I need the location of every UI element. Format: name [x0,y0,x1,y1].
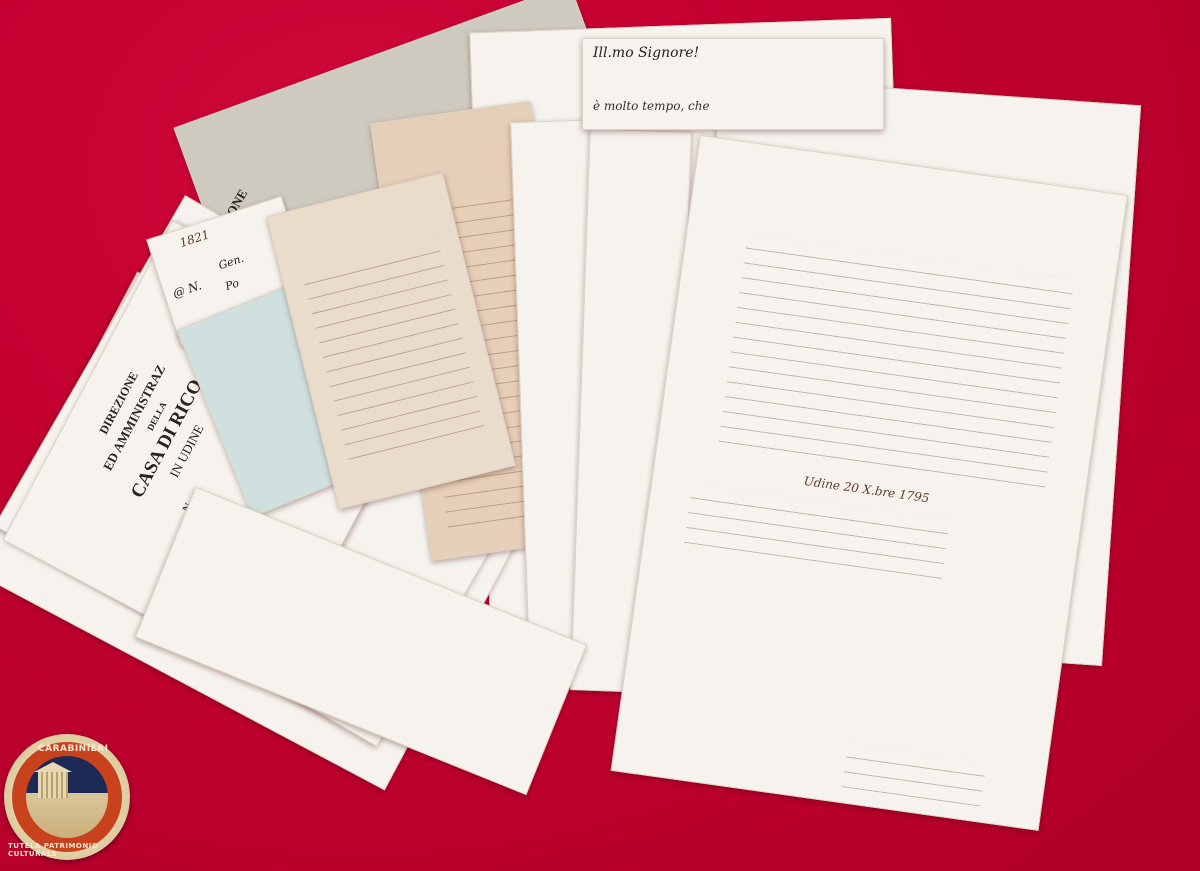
handwriting-lines [301,237,485,465]
letter-first-line: è molto tempo, che [593,99,710,113]
pantheon-icon [34,762,72,772]
main-letter: Udine 20 X.bre 1795 [611,135,1128,831]
photo-scene: DIREZIONE DIREZIONE ED AMMINISTRAZ DELLA… [0,0,1200,871]
seal-bottom-text: TUTELA PATRIMONIO CULTURALE [8,842,130,858]
form-row2: Po [224,277,241,294]
letter-salutation: Ill.mo Signore! [593,45,699,61]
form-prefix: @ N. [171,278,203,300]
form-date-note: 1821 [178,227,211,250]
temple-columns-icon [38,772,68,798]
signature-lines [842,742,987,806]
carabinieri-seal-logo: CARABINIERI TUTELA PATRIMONIO CULTURALE [4,734,130,860]
handwriting-lines [717,234,1074,498]
letter-top: Ill.mo Signore! è molto tempo, che [582,38,884,130]
form-row1: Gen. [217,252,246,272]
seal-top-text: CARABINIERI [38,744,108,754]
